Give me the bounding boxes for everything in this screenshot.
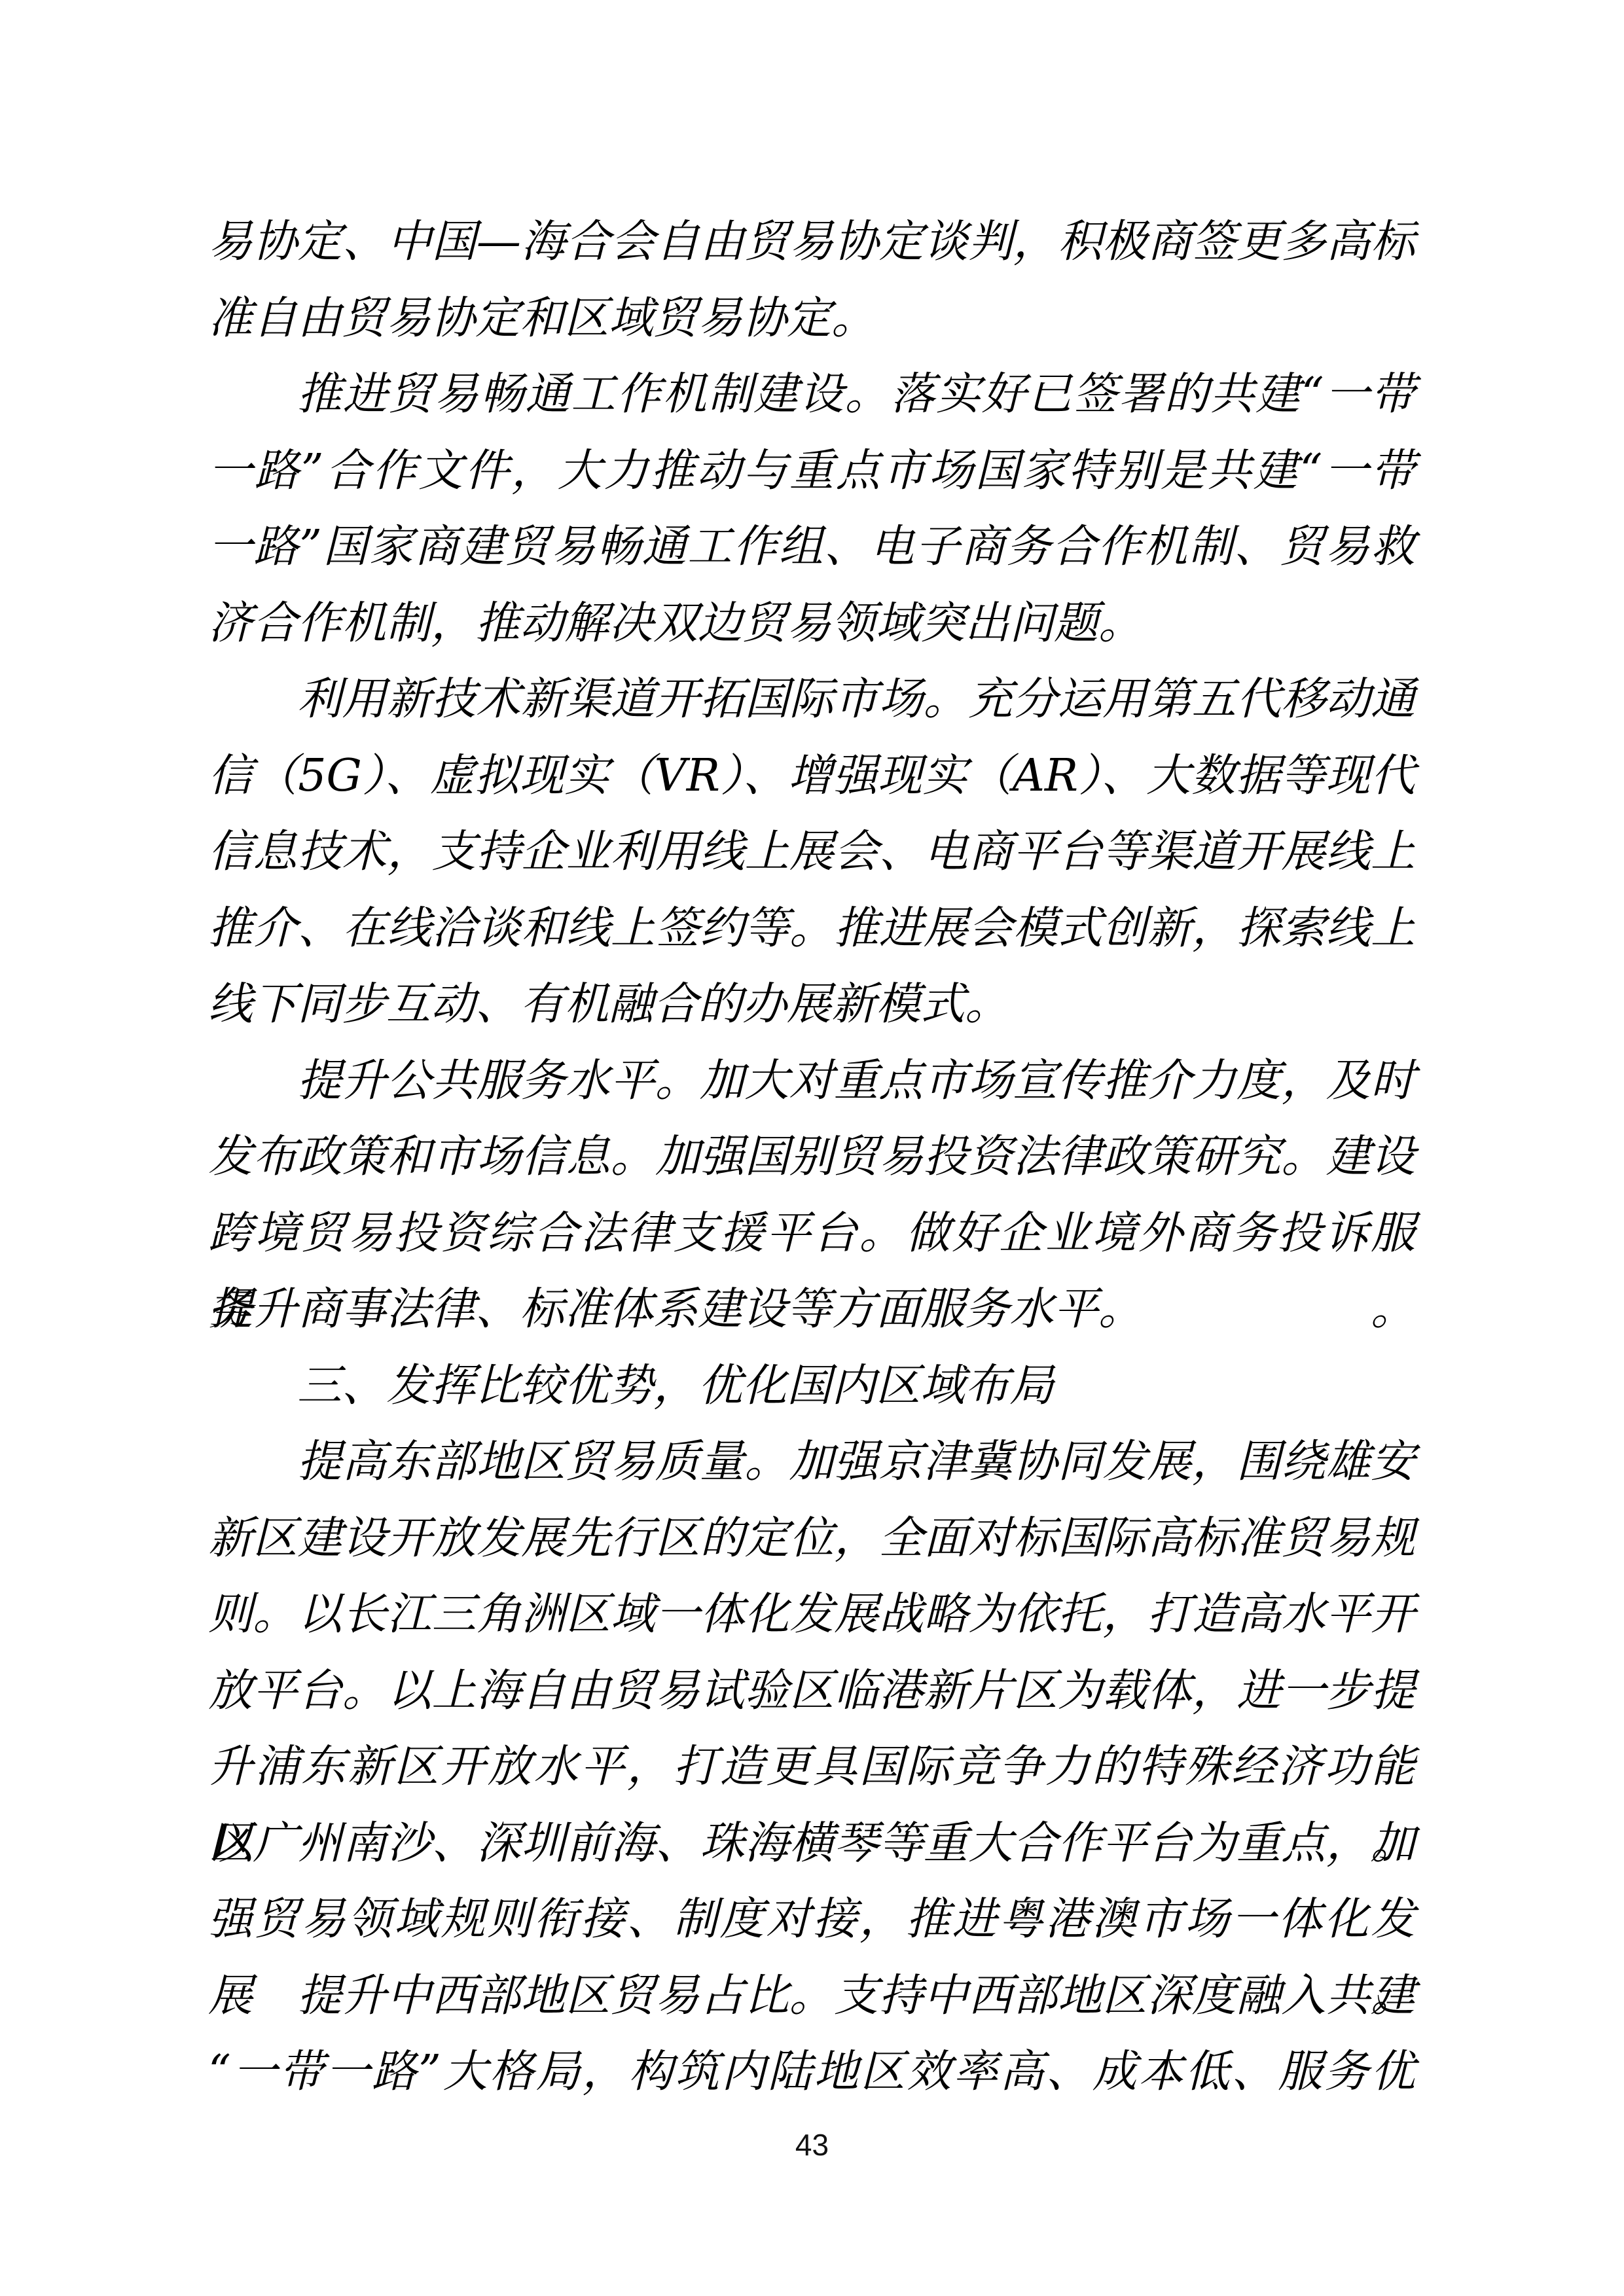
- text-line: 强贸易领域规则衔接、制度对接，推进粤港澳市场一体化发展。: [208, 1882, 1415, 1958]
- text-line: 发布政策和市场信息。加强国别贸易投资法律政策研究。建设: [208, 1119, 1415, 1196]
- text-line: 利用新技术新渠道开拓国际市场。充分运用第五代移动通: [208, 662, 1415, 738]
- text-line: 信息技术，支持企业利用线上展会、电商平台等渠道开展线上: [208, 814, 1415, 891]
- page-number: 43: [0, 2128, 1624, 2161]
- document-page: 易协定、中国—海合会自由贸易协定谈判，积极商签更多高标准自由贸易协定和区域贸易协…: [0, 0, 1624, 2296]
- text-line: 易协定、中国—海合会自由贸易协定谈判，积极商签更多高标: [208, 204, 1415, 281]
- text-line: 信（5G）、虚拟现实（VR）、增强现实（AR）、大数据等现代: [208, 738, 1415, 815]
- text-line: 则。以长江三角洲区域一体化发展战略为依托，打造高水平开: [208, 1577, 1415, 1653]
- text-line: 以广州南沙、深圳前海、珠海横琴等重大合作平台为重点，加: [208, 1806, 1415, 1882]
- text-line: 升浦东新区开放水平，打造更具国际竞争力的特殊经济功能区。: [208, 1729, 1415, 1806]
- text-line: 推进贸易畅通工作机制建设。落实好已签署的共建“一带: [208, 357, 1415, 433]
- text-line: 提高东部地区贸易质量。加强京津冀协同发展，围绕雄安: [208, 1424, 1415, 1501]
- text-line: 线下同步互动、有机融合的办展新模式。: [208, 967, 1415, 1043]
- text-line: 提升中西部地区贸易占比。支持中西部地区深度融入共建: [208, 1958, 1415, 2035]
- text-line: “一带一路”大格局，构筑内陆地区效率高、成本低、服务优: [208, 2034, 1415, 2111]
- text-line: 一路”国家商建贸易畅通工作组、电子商务合作机制、贸易救: [208, 509, 1415, 586]
- text-line: 提升公共服务水平。加大对重点市场宣传推介力度，及时: [208, 1043, 1415, 1120]
- text-line: 跨境贸易投资综合法律支援平台。做好企业境外商务投诉服务。: [208, 1196, 1415, 1272]
- text-line: 推介、在线洽谈和线上签约等。推进展会模式创新，探索线上: [208, 891, 1415, 967]
- text-line: 新区建设开放发展先行区的定位，全面对标国际高标准贸易规: [208, 1501, 1415, 1577]
- text-line: 准自由贸易协定和区域贸易协定。: [208, 281, 1415, 357]
- text-line: 放平台。以上海自由贸易试验区临港新片区为载体，进一步提: [208, 1653, 1415, 1730]
- text-line: 济合作机制，推动解决双边贸易领域突出问题。: [208, 586, 1415, 662]
- text-line: 一路”合作文件，大力推动与重点市场国家特别是共建“一带: [208, 433, 1415, 510]
- text-line: 三、发挥比较优势，优化国内区域布局: [208, 1348, 1415, 1425]
- document-body: 易协定、中国—海合会自由贸易协定谈判，积极商签更多高标准自由贸易协定和区域贸易协…: [208, 204, 1415, 2111]
